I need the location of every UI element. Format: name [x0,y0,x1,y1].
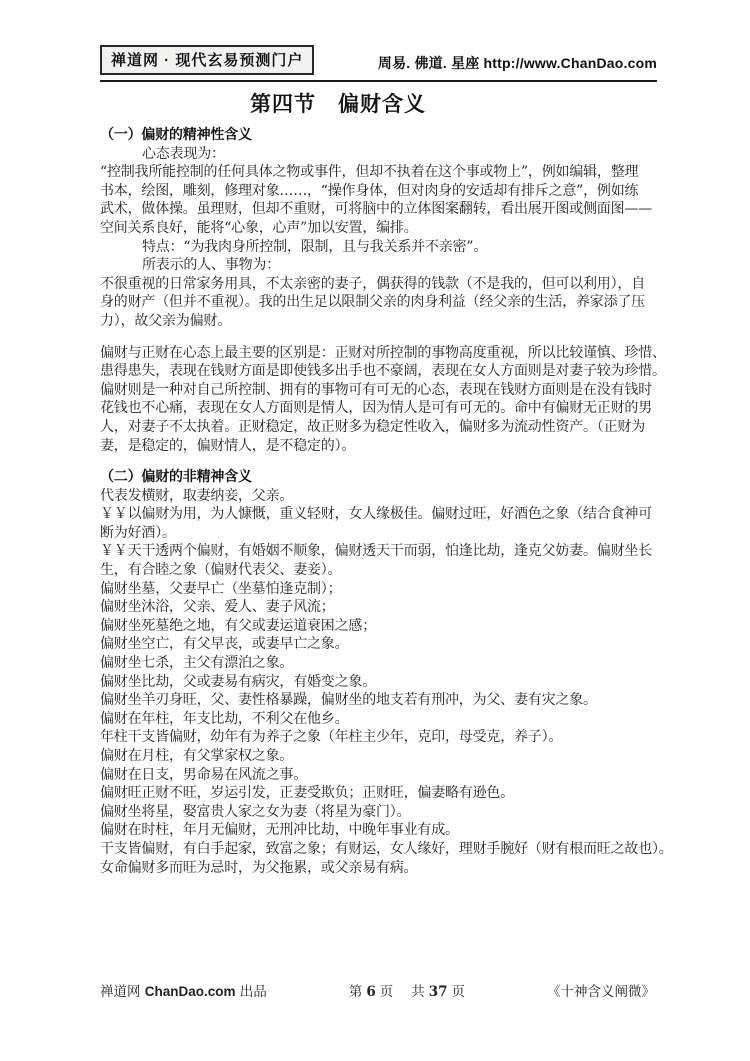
total-label-prefix: 共 [411,984,425,1000]
text-line: 偏财坐将星，娶富贵人家之女为妻（将星为豪门）。 [100,803,660,822]
text-line: 武术，做体操。虽理财，但却不重财，可将脑中的立体图案翻转，看出展开图或侧面图—— [100,200,660,219]
text-line: 妻，是稳定的，偏财情人，是不稳定的）。 [100,437,660,456]
text-line: 偏财在月柱，有父掌家权之象。 [100,747,660,766]
text-line: 患得患失，表现在钱财方面是即使钱多出手也不豪阔，表现在女人方面则是对妻子较为珍惜… [100,362,660,381]
footer-page-indicator: 第6页共37页 [347,980,467,1000]
text-line: 偏财在日支，男命易在风流之事。 [100,766,660,785]
text-line: 偏财坐墓，父妻早亡（坐墓怕逢克制）； [100,580,660,599]
document-page: 禅道网 · 现代玄易预测门户 周易. 佛道. 星座 http://www.Cha… [0,0,750,1061]
text-line: 所表示的人、事物为： [100,256,660,275]
text-line: 空间关系良好，能将“心象，心声”加以安置，编排。 [100,219,660,238]
text-line: 偏财坐死墓绝之地，有父或妻运道衰困之感； [100,617,660,636]
text-line: “控制我所能控制的任何具体之物或事件，但却不执着在这个事或物上”，例如编辑，整理 [100,163,660,182]
page-footer: 禅道网 ChanDao.com 出品 第6页共37页 《十神含义阐微》 [100,980,655,1000]
current-page-number: 6 [366,984,375,1000]
text-line: 力），故父亲为偏财。 [100,312,660,331]
text-line: 身的财产（但并不重视）。我的出生足以限制父亲的肉身利益（经父亲的生活，养家添了压 [100,293,660,312]
text-line: 断为好酒）。 [100,524,660,543]
document-body: （一）偏财的精神性含义 心态表现为： “控制我所能控制的任何具体之物或事件，但却… [100,126,660,877]
text-line: 干支皆偏财，有白手起家，致富之象；有财运，女人缘好，理财手腕好（财有根而旺之故也… [100,840,660,859]
text-line: 偏财坐空亡，有父早丧，或妻早亡之象。 [100,635,660,654]
footer-brand: ChanDao.com [145,984,236,999]
text-line: 年柱干支皆偏财，幼年有为养子之象（年柱主少年，克印，母受克，养子）。 [100,728,660,747]
total-page-number: 37 [429,984,448,1000]
page-label-unit: 页 [380,984,394,1000]
text-line: 偏财坐羊刃身旺，父、妻性格暴躁，偏财坐的地支若有刑冲，为父、妻有灾之象。 [100,691,660,710]
footer-book-title: 《十神含义阐微》 [547,980,655,1000]
text-line: 偏财在时柱，年月无偏财，无刑冲比劫，中晚年事业有成。 [100,821,660,840]
section2-heading: （二）偏财的非精神含义 [100,468,660,487]
text-line: 代表发横财，取妻纳妾，父亲。 [100,487,660,506]
text-line: 偏财旺正财不旺，岁运引发，正妻受欺负；正财旺，偏妻略有逊色。 [100,784,660,803]
text-line: 偏财坐比劫，父或妻易有病灾，有婚变之象。 [100,673,660,692]
footer-publisher-suffix: 出品 [240,984,267,1000]
footer-site-name: 禅道网 [100,984,141,1000]
text-line: 偏财坐七杀，主父有漂泊之象。 [100,654,660,673]
text-line: 偏财则是一种对自己所控制、拥有的事物可有可无的心态，表现在钱财方面则是在没有钱时 [100,381,660,400]
text-line: ￥￥以偏财为用，为人慷慨，重义轻财，女人缘极佳。偏财过旺，好酒色之象（结合食神可 [100,505,660,524]
text-line: 书本，绘图，雕刻，修理对象……，“操作身体，但对肉身的安适却有排斥之意”，例如练 [100,182,660,201]
page-label-prefix: 第 [349,984,363,1000]
page-title: 第四节 偏财含义 [58,88,618,118]
section1-heading: （一）偏财的精神性含义 [100,126,660,145]
text-line: 花钱也不心痛，表现在女人方面则是情人，因为情人是可有可无的。命中有偏财无正财的男 [100,399,660,418]
text-line: 偏财在年柱，年支比劫，不利父在他乡。 [100,710,660,729]
text-line: 不很重视的日常家务用具，不太亲密的妻子，偶获得的钱款（不是我的，但可以利用），自 [100,275,660,294]
site-tagline: 周易. 佛道. 星座 http://www.ChanDao.com [378,53,657,75]
text-line: 特点：“为我肉身所控制，限制，且与我关系并不亲密”。 [100,238,660,257]
text-line: 偏财与正财在心态上最主要的区别是：正财对所控制的事物高度重视，所以比较谨慎、珍惜… [100,344,660,363]
text-line: 人，对妻子不太执着。正财稳定，故正财多为稳定性收入，偏财多为流动性资产。（正财为 [100,418,660,437]
text-line: 生，有合睦之象（偏财代表父、妻妾）。 [100,561,660,580]
page-header: 禅道网 · 现代玄易预测门户 周易. 佛道. 星座 http://www.Cha… [100,45,657,82]
text-line: 偏财坐沐浴，父亲、爱人、妻子风流； [100,598,660,617]
total-label-unit: 页 [452,984,466,1000]
footer-publisher: 禅道网 ChanDao.com 出品 [100,980,267,1000]
text-line: 心态表现为： [100,145,660,164]
site-badge: 禅道网 · 现代玄易预测门户 [100,45,314,75]
text-line: ￥￥天干透两个偏财，有婚姻不顺象，偏财透天干而弱，怕逢比劫，逢克父妨妻。偏财坐长 [100,542,660,561]
text-line: 女命偏财多而旺为忌时，为父拖累，或父亲易有病。 [100,859,660,878]
